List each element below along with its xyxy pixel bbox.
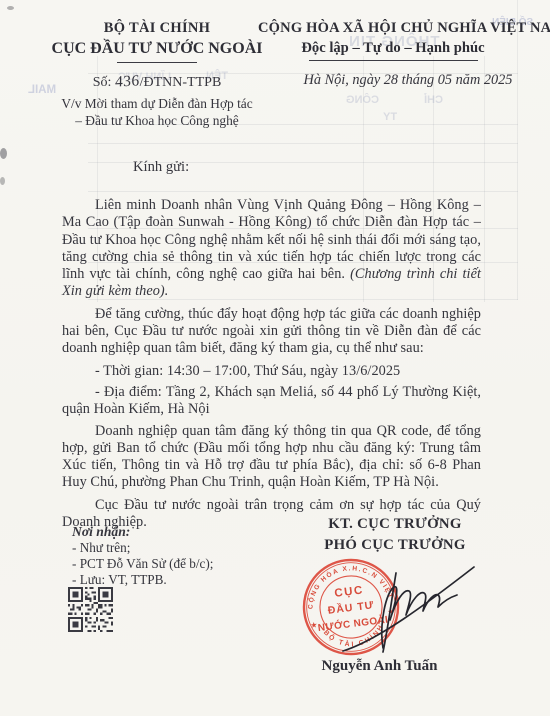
letter-body: Kính gửi: Liên minh Doanh nhân Vùng Vịnh… [62,159,481,536]
national-header-block: CỘNG HÒA XÃ HỘI CHỦ NGHĨA VIỆT NAM Độc l… [258,20,550,89]
scanned-letter-page: THÔNG TIN SỐ ĐIỆN TÊN LĨNH VỰC CÔNG TY C… [0,0,550,716]
event-time: - Thời gian: 14:30 – 17:00, Thứ Sáu, ngà… [62,363,481,380]
paragraph-intro: Liên minh Doanh nhân Vùng Vịnh Quảng Đôn… [62,197,481,301]
recipient-item: - PCT Đỗ Văn Sử (để b/c); [72,556,213,572]
paragraph-invite: Để tăng cường, thúc đẩy hoạt động hợp tá… [62,306,481,358]
document-number: Số: 436/ĐTNN-TTPB [27,73,287,91]
salutation: Kính gửi: [62,159,481,176]
subject-line-2: – Đầu tư Khoa học Công nghệ [27,113,287,130]
paragraph-registration: Doanh nghiệp quan tâm đăng ký thông tin … [62,423,481,492]
event-venue: - Địa điểm: Tầng 2, Khách sạn Meliá, số … [62,384,481,419]
dateline: Hà Nội, ngày 28 tháng 05 năm 2025 [258,72,550,89]
signer-title-1: KT. CỤC TRƯỞNG [300,514,490,535]
recipients-block: Nơi nhận: - Như trên; - PCT Đỗ Văn Sử (đ… [72,524,213,588]
signer-title-block: KT. CỤC TRƯỞNG PHÓ CỤC TRƯỞNG [300,514,490,556]
recipients-label: Nơi nhận: [72,524,213,540]
republic-title: CỘNG HÒA XÃ HỘI CHỦ NGHĨA VIỆT NAM [258,20,550,37]
national-motto: Độc lập – Tự do – Hạnh phúc [258,40,528,57]
document-number-label: Số: [93,75,112,90]
subject-line: V/v Mời tham dự Diễn đàn Hợp tác – Đầu t… [27,96,287,129]
ministry-name: BỘ TÀI CHÍNH [27,20,287,37]
ghost-text: CHỈ [424,94,443,106]
signer-name: Nguyễn Anh Tuấn [312,658,447,675]
issuer-underline [117,62,197,63]
ghost-text: TY [383,111,397,123]
subject-line-1: V/v Mời tham dự Diễn đàn Hợp tác [27,96,287,113]
handwritten-number: 436 [115,72,140,91]
agency-name: CỤC ĐẦU TƯ NƯỚC NGOÀI [27,40,287,58]
ghost-text: CÔNG [346,94,379,106]
scan-artifact [0,148,7,159]
motto-underline [309,60,478,61]
recipient-item: - Lưu: VT, TTPB. [72,572,213,588]
issuer-block: BỘ TÀI CHÍNH CỤC ĐẦU TƯ NƯỚC NGOÀI Số: 4… [27,20,287,129]
recipient-item: - Như trên; [72,540,213,556]
scan-artifact [0,177,5,185]
document-number-suffix: /ĐTNN-TTPB [140,75,222,90]
qr-code [63,587,118,632]
scan-artifact [7,6,14,10]
signature-scribble [293,552,483,664]
